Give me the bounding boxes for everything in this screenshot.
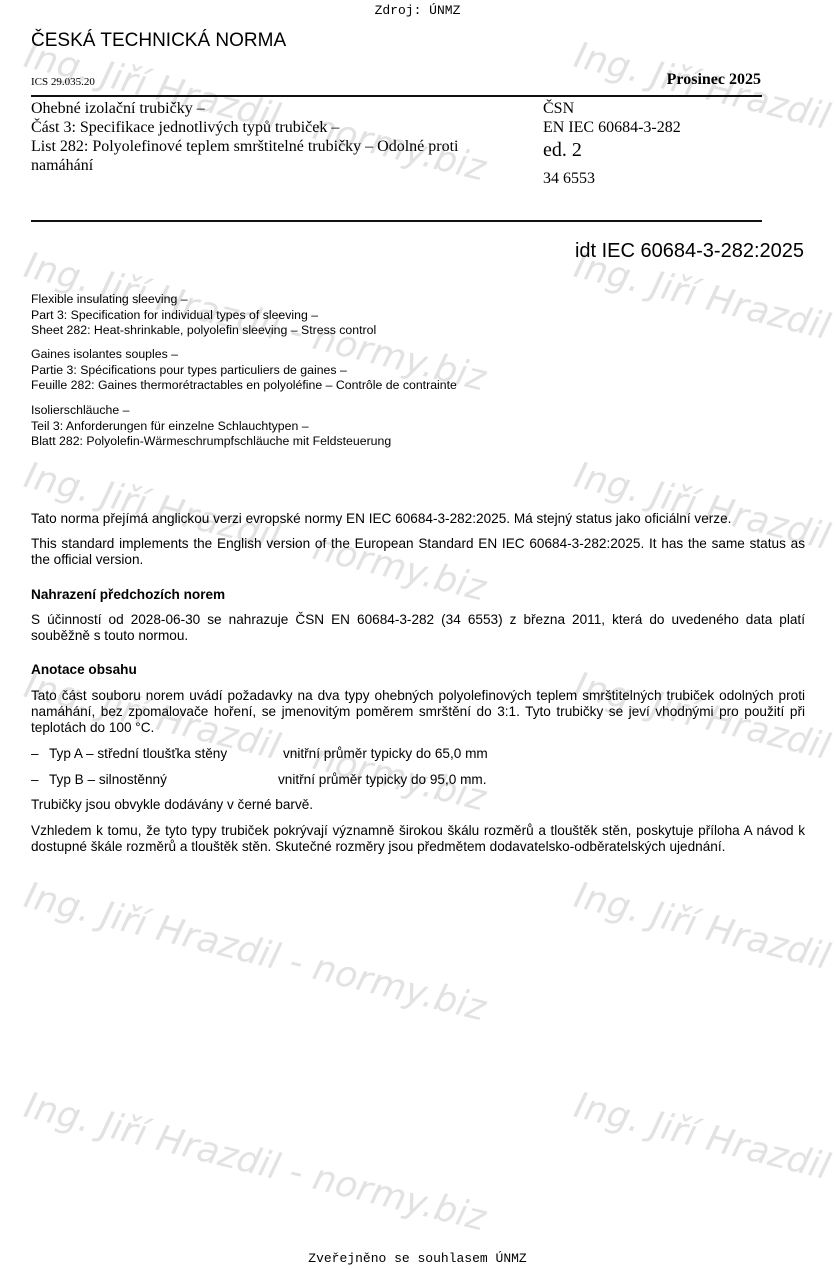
title-line: Teil 3: Anforderungen für einzelne Schla… [31, 419, 391, 435]
sleeving-diameter: vnitřní průměr typicky do 95,0 mm. [278, 772, 487, 788]
annotation-heading: Anotace obsahu [31, 662, 137, 677]
source-line: Zdroj: ÚNMZ [0, 3, 835, 18]
german-title: Isolierschläuche – Teil 3: Anforderungen… [31, 403, 391, 450]
czech-title-line: Ohebné izolační trubičky – [31, 99, 521, 118]
watermark-text: Ing. Jiří Hrazdil - normy.biz [570, 875, 835, 1029]
title-line: Sheet 282: Heat-shrinkable, polyolefin s… [31, 323, 376, 339]
standard-designation: ČSN EN IEC 60684-3-282 ed. 2 34 6553 [543, 99, 681, 188]
sleeving-type: Typ A – střední tloušťka stěny [49, 746, 227, 762]
czech-title-line: List 282: Polyolefinové teplem smrštitel… [31, 137, 521, 175]
watermark-text: Ing. Jiří Hrazdil - normy.biz [20, 875, 490, 1029]
bullet-dash: – [31, 746, 49, 762]
watermark-text: Ing. Jiří Hrazdil - normy.biz [570, 455, 835, 609]
list-item: –Typ A – střední tloušťka stěny vnitřní … [31, 746, 227, 762]
ics-code: ICS 29.035.20 [31, 76, 95, 88]
title-line: Flexible insulating sleeving – [31, 292, 376, 308]
title-line: Isolierschläuche – [31, 403, 391, 419]
english-title: Flexible insulating sleeving – Part 3: S… [31, 292, 376, 339]
annotation-text: Tato část souboru norem uvádí požadavky … [31, 688, 805, 736]
sleeving-type: Typ B – silnostěnný [49, 772, 167, 788]
list-item: –Typ B – silnostěnný vnitřní průměr typi… [31, 772, 167, 788]
identity-statement: idt IEC 60684-3-282:2025 [575, 240, 804, 263]
czech-title: Ohebné izolační trubičky – Část 3: Speci… [31, 99, 521, 175]
adoption-statement-en: This standard implements the English ver… [31, 536, 805, 568]
french-title: Gaines isolantes souples – Partie 3: Spé… [31, 347, 457, 394]
watermark-text: Ing. Jiří Hrazdil - normy.biz [570, 1085, 835, 1239]
guidance-text: Vzhledem k tomu, že tyto typy trubiček p… [31, 823, 805, 855]
standard-number: EN IEC 60684-3-282 [543, 118, 681, 137]
title-line: Part 3: Specification for individual typ… [31, 308, 376, 324]
title-line: Blatt 282: Polyolefin-Wärmeschrumpfschlä… [31, 434, 391, 450]
edition: ed. 2 [543, 137, 681, 163]
watermark-text: Ing. Jiří Hrazdil - normy.biz [570, 245, 835, 399]
publication-date: Prosinec 2025 [667, 71, 761, 89]
title-line: Feuille 282: Gaines thermorétractables e… [31, 378, 457, 394]
replacement-text: S účinností od 2028-06-30 se nahrazuje Č… [31, 612, 805, 644]
czech-title-line: Část 3: Specifikace jednotlivých typů tr… [31, 118, 521, 137]
replacement-heading: Nahrazení předchozích norem [31, 587, 225, 602]
footer-line: Zveřejněno se souhlasem ÚNMZ [0, 1251, 835, 1266]
adoption-statement-cz: Tato norma přejímá anglickou verzi evrop… [31, 511, 805, 527]
classification-number: 34 6553 [543, 169, 681, 188]
header-rule-top [31, 95, 762, 97]
document-type-heading: ČESKÁ TECHNICKÁ NORMA [31, 30, 286, 52]
watermark-text: Ing. Jiří Hrazdil - normy.biz [20, 1085, 490, 1239]
title-line: Gaines isolantes souples – [31, 347, 457, 363]
csn-label: ČSN [543, 99, 681, 118]
title-line: Partie 3: Spécifications pour types part… [31, 363, 457, 379]
bullet-dash: – [31, 772, 49, 788]
colour-text: Trubičky jsou obvykle dodávány v černé b… [31, 797, 805, 813]
header-rule-bottom [31, 220, 762, 222]
sleeving-diameter: vnitřní průměr typicky do 65,0 mm [283, 746, 488, 762]
